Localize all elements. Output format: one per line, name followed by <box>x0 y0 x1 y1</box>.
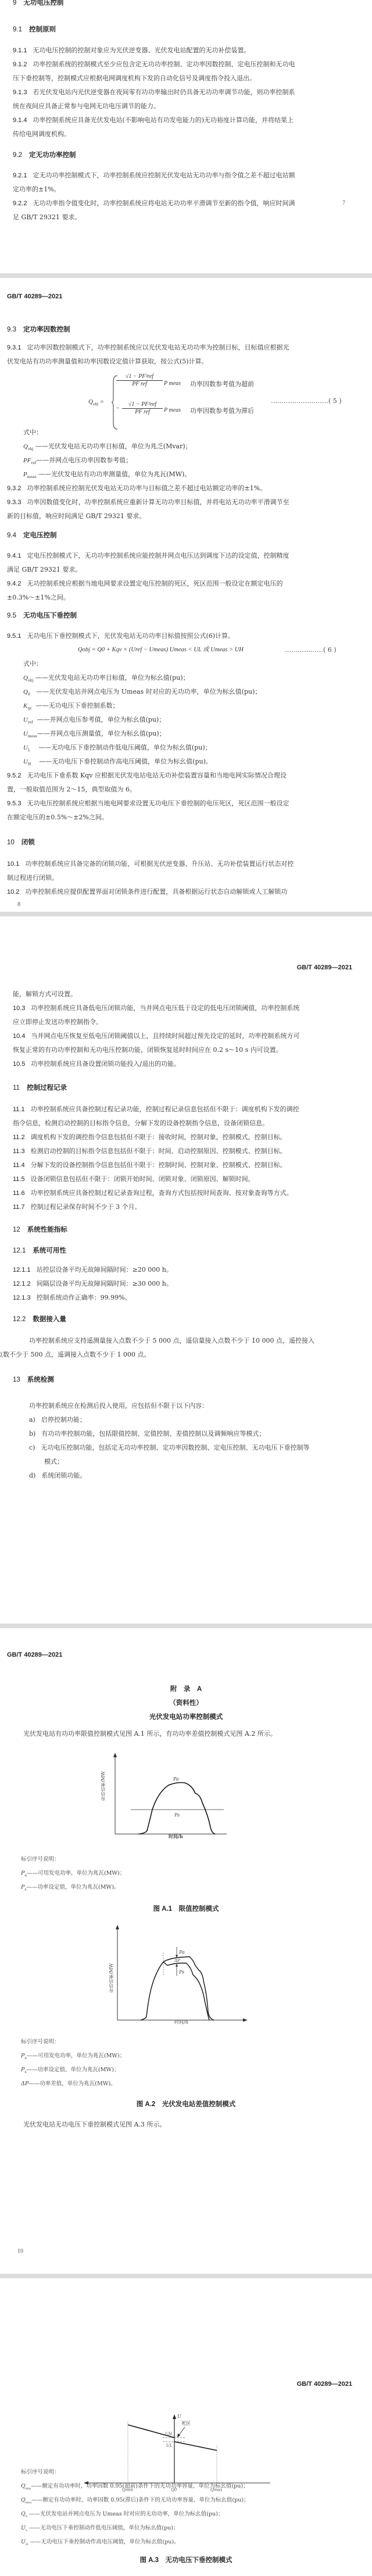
para-9-3-1: 9.3.1定功率因数控制模式下，功率控制系统应以光伏发电站无功功率为控制目标，目… <box>7 341 346 369</box>
page-header: GB/T 40289—2021 <box>7 1651 62 1658</box>
page-separator <box>0 912 372 916</box>
figure-a2-legend-title: 标引序号说明： <box>21 2035 60 2049</box>
para-9-1-2: 9.1.2功率控制系统的控制模式至少应包含定无功功率控制、定功率因数控制、定电压… <box>13 58 352 85</box>
page-separator <box>0 2274 372 2278</box>
appendix-type: （资料性） <box>0 1698 372 1707</box>
where-label: 式中： <box>23 426 42 440</box>
section-12-2-heading: 12.2数据接入量 <box>13 1314 66 1323</box>
list-item-a: a)启停控制功能； <box>29 1413 369 1427</box>
list-item-c-continued: 模式； <box>44 1455 372 1469</box>
para-9-1-3: 9.1.3若光伏发电站内光伏逆变器在夜间零有功功率输出时仍具备无功功率调节功能，… <box>13 85 352 113</box>
appendix-title: 附 录 A <box>0 1684 372 1693</box>
figure-a1-chart: Pa Ps <box>105 1753 256 1840</box>
page-header: GB/T 40289—2021 <box>7 293 62 300</box>
para-11-7: 11.7控制过程记录保存时间不少于 3 个月。 <box>13 1200 352 1214</box>
para-9-5-3: 9.5.3无功电压控制系统应根据当地电网要求设置无功电压下垂控制的电压死区，死区… <box>7 797 346 825</box>
axis-u-label: U <box>177 2414 181 2419</box>
section-9-4-heading: 9.4定电压控制 <box>7 530 57 540</box>
case2-fraction: √1 − PF²ref PF ref <box>122 401 163 415</box>
list-item-b: b)有功功率控制功能，包括限值控制、定值控制、差值控制以及调频响应等模式； <box>29 1427 369 1441</box>
label-pa: Pa <box>173 1776 179 1782</box>
para-13-intro: 功率控制系统应在检测后投入使用，应包括但不限于以下内容： <box>29 1399 369 1413</box>
section-13-heading: 13系统检测 <box>13 1375 54 1384</box>
page-9-continued: 模式； d)系统闭锁功能。 <box>0 1455 372 1624</box>
ul-label: UL <box>166 2443 173 2448</box>
para-11-2: 11.2调度机构下发的调控指令信息包括但不限于：接收时间，控制对象，控制模式，控… <box>13 1130 352 1144</box>
case2-condition: 功率因数参考值为滞后 <box>190 406 254 415</box>
formula-6: Qobj = Q0 + Kqv × (Uref − Umeas) Umeas <… <box>78 643 244 657</box>
section-9-5-heading: 9.5无功电压下垂控制 <box>7 611 77 620</box>
para-11-1: 11.1功率控制系统应具备控制过程记录功能，控制过程记录信息包括但不限于：调度机… <box>13 1103 352 1130</box>
page-11: GB/T 40289—2021 U 死区 UH UL Qmin Q0 Qmax … <box>0 2278 372 2576</box>
para-10-5: 10.5功率控制系统应具备设置闭锁功能投入/退出的功能。 <box>13 1057 352 1071</box>
section-9-2-heading: 9.2定无功功率控制 <box>13 150 76 159</box>
para-9-3-3: 9.3.3功率因数值变化时，功率控制系统应重新计算无功功率目标值，并将电站无功功… <box>7 495 346 523</box>
para-9-4-2: 9.4.2无功控制系统应根据当地电网要求设置定电压控制的死区，死区范围一般设定在… <box>7 577 346 605</box>
para-11-5: 11.5设备闭锁信息包括但不限于：闭锁开始时间、闭锁对象、闭锁原因、解锁时间。 <box>13 1172 352 1186</box>
section-12-heading: 12系统性能指标 <box>13 1225 67 1234</box>
para-10-2: 10.2功率控制系统应提供配置界面对闭锁条件进行配置，具备根据运行状态自动解锁或… <box>7 885 346 899</box>
page-number: 10 <box>17 2248 23 2254</box>
para-9-2-2: 9.2.2无功功率指令值变化时，功率控制系统应将电站无功功率平滑调节至新的指令值… <box>13 197 352 224</box>
figure-a3-caption: 图 A.3 无功电压下垂控制模式 <box>0 2555 372 2564</box>
figure-a1-caption: 图 A.1 限值控制模式 <box>0 1904 372 1913</box>
section-12-1-heading: 12.1系统可用性 <box>13 1246 66 1255</box>
para-12-1-1: 12.1.1站控层设备平均无故障间隔时间：≥20 000 h。 <box>13 1263 352 1277</box>
figure-a3-legend-title: 标引序号说明： <box>21 2466 60 2479</box>
figure-a1-xlabel: 时间/h <box>169 1833 183 1840</box>
case1-fraction: √1 − PF²ref PF ref <box>116 373 163 387</box>
para-11-6: 11.6功率控制系统应具备控制过程记录查询过程，查询方式包括按时间查询、按对象查… <box>13 1186 352 1200</box>
list-item-c: c)无功电压控制功能，包括定无功功率控制、定功率因数控制、定电压控制、无功电压下… <box>29 1441 369 1455</box>
figure-a2-chart: Pa ΔP Ps <box>110 1925 250 2024</box>
label-ps: Ps <box>178 1970 184 1975</box>
para-12-1-3: 12.1.3控制系统动作正确率：99.99%。 <box>13 1291 352 1305</box>
case2-minus: − <box>116 405 120 412</box>
para-10-4: 10.4当并网点电压恢复至低电压闭锁阈值以上，且持续时间超过预先设定的延时，功率… <box>13 1029 352 1057</box>
para-10-2-continued: 能，解锁方式可设置。 <box>13 987 352 1001</box>
equation-number-5: ………………………( 5 ) <box>271 397 342 405</box>
para-11-3: 11.3检测启动控制的目标指令信息包括但不限于：时间、启动控制原因、控制模式、控… <box>13 1144 352 1158</box>
appendix-name: 光伏发电站功率控制模式 <box>0 1712 372 1721</box>
page-separator <box>0 273 372 278</box>
deadband-label: 死区 <box>181 2421 191 2426</box>
para-11-4: 11.4分解下发的设备控制指令信息包括但不限于：控制时间、控制对象、控制模式、控… <box>13 1158 352 1172</box>
page-number: 7 <box>342 200 345 206</box>
figure-a2-caption: 图 A.2 光伏发电站差值控制模式 <box>0 2099 372 2108</box>
section-9-1-heading: 9.1控制原则 <box>13 24 56 34</box>
page-8-continued: 10.1功率控制系统应具备完备的闭锁功能，可根据光伏逆变器、升压站、无功补偿装置… <box>0 854 372 912</box>
para-9-2-1: 9.2.1定无功功率控制模式下，功率控制系统应控制光伏发电站无功功率与指令值之差… <box>13 169 352 197</box>
figure-a2-ylabel: 有功功率/MW <box>108 1963 115 1993</box>
appendix-intro: 光伏发电站有功功率限值控制模式见图 A.1 所示，有功功率差值控制模式见图 A.… <box>23 1727 363 1741</box>
page-header: GB/T 40289—2021 <box>297 964 352 971</box>
page-8: GB/T 40289—2021 9.3定功率因数控制 9.3.1定功率因数控制模… <box>0 278 372 865</box>
section-9-3-heading: 9.3定功率因数控制 <box>7 324 70 334</box>
figure-a3-legend-uh: UH ——无功电压下垂控制动作高电压阈值，单位为标幺值(pu)。 <box>21 2535 180 2552</box>
page-number: 8 <box>17 901 20 908</box>
where-label-6: 式中： <box>23 657 42 671</box>
figure-a1-legend-title: 标引序号说明： <box>21 1853 60 1867</box>
case1-condition: 功率因数参考值为超前 <box>190 379 254 388</box>
page-7: 9无功电压控制 9.1控制原则 9.1.1无功电压控制的控制对象应为光伏逆变器、… <box>0 0 372 273</box>
page-10-footer: 10 <box>0 2146 372 2274</box>
section-9-heading: 9无功电压控制 <box>13 0 63 7</box>
section-10-heading: 10闭锁 <box>7 837 35 847</box>
para-10-1: 10.1功率控制系统应具备完备的闭锁功能，可根据光伏逆变器、升压站、无功补偿装置… <box>7 857 346 885</box>
label-ps: Ps <box>174 1813 180 1818</box>
figure-a1-legend-ps: Ps——功率设定值，单位为兆瓦(MW)。 <box>21 1881 119 1897</box>
list-item-d: d)系统闭锁功能。 <box>29 1469 369 1483</box>
formula-5-lhs: Qobj = <box>88 398 104 406</box>
uh-label: UH <box>165 2432 173 2436</box>
para-12-1-2: 12.1.2间隔层设备平均无故障间隔时间：≥30 000 h。 <box>13 1277 352 1291</box>
figure-a1-ylabel: 有功功率/MW <box>100 1771 107 1801</box>
section-11-heading: 11控制过程记录 <box>13 1083 67 1092</box>
para-9-1-1: 9.1.1无功电压控制的控制对象应为光伏逆变器、光伏发电站配置的无功补偿装置。 <box>13 44 352 58</box>
para-9-3-2: 9.3.2功率控制系统应控制光伏发电站无功功率与目标值之差不超过电站额定功率的±… <box>7 481 346 495</box>
case1-pmeas: P meas <box>164 380 181 387</box>
page-separator <box>0 1624 372 1628</box>
para-9-5-2: 9.5.2无功电压下垂系数 Kqv 应根据光伏发电站电站无功补偿装置容量和当地电… <box>7 769 346 797</box>
figure-a2-legend-dp: ΔP——功率差值，单位为兆瓦(MW)。 <box>21 2077 116 2091</box>
page-9: GB/T 40289—2021 能，解锁方式可设置。 10.3功率控制系统应具备… <box>0 916 372 1457</box>
case2-pmeas: P meas <box>164 407 181 413</box>
label-pa: Pa <box>178 1950 185 1955</box>
para-12-2: 功率控制系统应支持遥测量接入点数不少于 5 000 点，遥信量接入点数不少于 1… <box>13 1334 352 1362</box>
page-10: GB/T 40289—2021 附 录 A （资料性） 光伏发电站功率控制模式 … <box>0 1628 372 2146</box>
para-9-4-1: 9.4.1定电压控制模式下，无功功率控制系统应能控制并网点电压达到调度下达的设定… <box>7 549 346 577</box>
para-10-3: 10.3功率控制系统应具备低电压闭锁功能，当并网点电压低于设定的低电压闭锁阈值，… <box>13 1001 352 1029</box>
appendix-intro-2: 光伏发电站无功电压下垂控制模式见图 A.3 所示。 <box>23 2118 363 2132</box>
equation-number-6: ………………( 6 ) <box>285 643 337 657</box>
label-delta-p: ΔP <box>174 1958 180 1963</box>
para-9-5-1: 9.5.1无功电压下垂控制模式下，光伏发电站无功功率目标值按照公式(6)计算。 <box>7 629 346 643</box>
para-9-1-4: 9.1.4功率控制系统应具备光伏发电站(不影响电站有功发电能力的)无功裕度计算功… <box>13 113 352 141</box>
figure-a2-xlabel: 时间/h <box>174 2019 188 2026</box>
page-header: GB/T 40289—2021 <box>297 2381 352 2388</box>
